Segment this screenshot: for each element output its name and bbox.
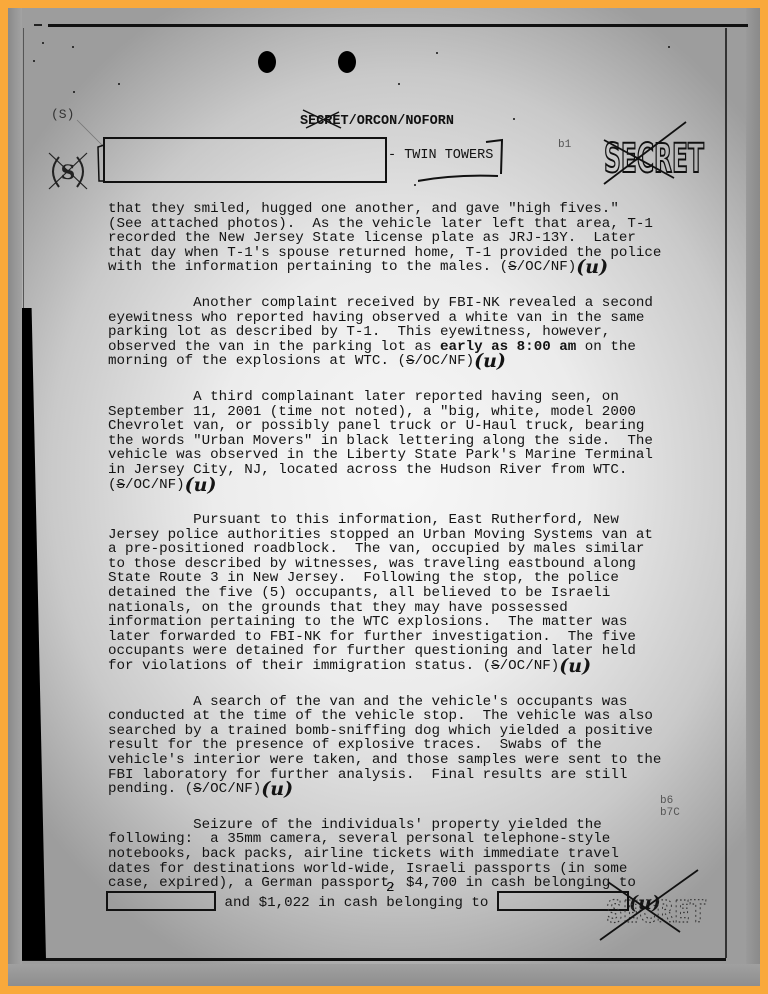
marking-open: ( [500, 259, 509, 275]
speck [398, 83, 400, 85]
body-line: recorded the New Jersey State license pl… [108, 230, 636, 246]
body-line: September 11, 2001 (time not noted), a "… [108, 404, 636, 420]
speck [33, 60, 35, 62]
marking-rest: /OC/NF) [202, 781, 262, 797]
marking-open: ( [397, 353, 406, 369]
speck [72, 46, 74, 48]
marking-rest: /OC/NF) [517, 259, 577, 275]
body-line: parking lot as described by T-1. This ey… [108, 324, 610, 340]
scan-shadow-wedge [22, 308, 46, 960]
scan-shadow-bottom [8, 964, 760, 986]
body-line: to those described by witnesses, was tra… [108, 556, 636, 572]
handwritten-unclassified-mark: (u) [185, 474, 217, 496]
body-line: dates for destinations world-wide, Israe… [108, 861, 627, 877]
body-line: conducted at the time of the vehicle sto… [108, 708, 653, 724]
paragraph-5: A search of the van and the vehicle's oc… [108, 695, 698, 797]
marking-struck: S [406, 353, 415, 369]
body-line: morning of the explosions at WTC. [108, 353, 397, 369]
body-line: eyewitness who reported having observed … [108, 310, 644, 326]
marking-struck: S [491, 658, 500, 674]
marking-open: ( [185, 781, 194, 797]
marking-rest: /OC/NF) [125, 477, 185, 493]
body-line: that they smiled, hugged one another, an… [108, 201, 619, 217]
body-line: case, expired), a German passport, $4,70… [108, 875, 636, 891]
page-number: 2 [386, 880, 395, 896]
speck [42, 42, 44, 44]
body-line: notebooks, back packs, airline tickets w… [108, 846, 619, 862]
body-line: for violations of their immigration stat… [108, 658, 483, 674]
body-line: nationals, on the grounds that they may … [108, 600, 568, 616]
exemption-code: b6 [660, 795, 680, 807]
speck [118, 83, 120, 85]
marking-struck: S [193, 781, 202, 797]
marking-struck: S [117, 477, 126, 493]
body-line: Pursuant to this information, East Ruthe… [108, 512, 619, 528]
scanned-page: SECRET/ORCON/NOFORN (S) S - TWIN TOWERS … [8, 8, 760, 986]
portion-mark-label: (S) [51, 107, 74, 122]
body-line: and $1,022 in cash belonging to [216, 895, 497, 911]
body-line: Jersey police authorities stopped an Urb… [108, 527, 653, 543]
body-line: with the information pertaining to the m… [108, 259, 500, 275]
handwritten-bracket [418, 138, 518, 190]
body-line: Seizure of the individuals' property yie… [108, 817, 602, 833]
marking-struck: S [508, 259, 517, 275]
exemption-code-b1: b1 [558, 139, 571, 151]
body-line: vehicle was observed in the Liberty Stat… [108, 447, 653, 463]
handwritten-unclassified-mark: (u) [261, 778, 293, 800]
body-line: A search of the van and the vehicle's oc… [108, 694, 627, 710]
circled-s-icon: S [45, 149, 91, 193]
classification-rest: /ORCON/NOFORN [349, 114, 454, 129]
speck [73, 91, 75, 93]
body-line: a pre-positioned roadblock. The van, occ… [108, 541, 644, 557]
secret-stamp-struck: SECRET [600, 118, 712, 188]
strikeout-x-icon [301, 108, 343, 130]
exemption-code: b7C [660, 807, 680, 819]
body-line: on the [576, 339, 636, 355]
document-body: that they smiled, hugged one another, an… [108, 202, 698, 932]
exemption-codes-b6-b7c: b6b7C [660, 795, 680, 819]
handwritten-unclassified-mark: (u) [576, 256, 608, 278]
redacted-name-box [106, 891, 216, 911]
page-edge-top [48, 24, 748, 27]
handwritten-unclassified-mark: (u) [474, 350, 506, 372]
body-line: A third complainant later reported havin… [108, 389, 619, 405]
body-line: Another complaint received by FBI-NK rev… [108, 295, 653, 311]
page-edge-right [725, 28, 727, 958]
speck [668, 46, 670, 48]
body-line: vehicle's interior were taken, and those… [108, 752, 661, 768]
paragraph-1: that they smiled, hugged one another, an… [108, 202, 698, 275]
marking-rest: /OC/NF) [500, 658, 560, 674]
paragraph-3: A third complainant later reported havin… [108, 390, 698, 492]
body-line: result for the presence of explosive tra… [108, 737, 602, 753]
page-edge-bottom [22, 958, 726, 961]
paragraph-2: Another complaint received by FBI-NK rev… [108, 296, 698, 369]
speck [513, 118, 515, 120]
body-line: following: a 35mm camera, several person… [108, 831, 610, 847]
svg-text:SECRET: SECRET [604, 136, 704, 182]
body-line: information pertaining to the WTC explos… [108, 614, 627, 630]
paragraph-4: Pursuant to this information, East Ruthe… [108, 513, 698, 674]
body-line: pending. [108, 781, 185, 797]
page-edge-mark [34, 24, 42, 26]
svg-text:S: S [61, 160, 75, 184]
body-line: detained the five (5) occupants, all bel… [108, 585, 610, 601]
marking-open: ( [483, 658, 492, 674]
scan-shadow-left [8, 8, 22, 986]
secret-stamp-struck-faded: SECRET [598, 862, 718, 944]
body-line: searched by a trained bomb-sniffing dog … [108, 723, 653, 739]
body-line: Chevrolet van, or possibly panel truck o… [108, 418, 644, 434]
body-line: the words "Urban Movers" in black letter… [108, 433, 653, 449]
punch-hole-right [338, 51, 356, 73]
body-line: State Route 3 in New Jersey. Following t… [108, 570, 619, 586]
marking-open: ( [108, 477, 117, 493]
body-line: (See attached photos). As the vehicle la… [108, 216, 653, 232]
speck [414, 184, 416, 186]
speck [436, 52, 438, 54]
body-line: later forwarded to FBI-NK for further in… [108, 629, 636, 645]
handwritten-unclassified-mark: (u) [559, 655, 591, 677]
marking-rest: /OC/NF) [415, 353, 475, 369]
redacted-title-box [103, 137, 387, 183]
scan-shadow-right [746, 8, 760, 986]
punch-hole-left [258, 51, 276, 73]
